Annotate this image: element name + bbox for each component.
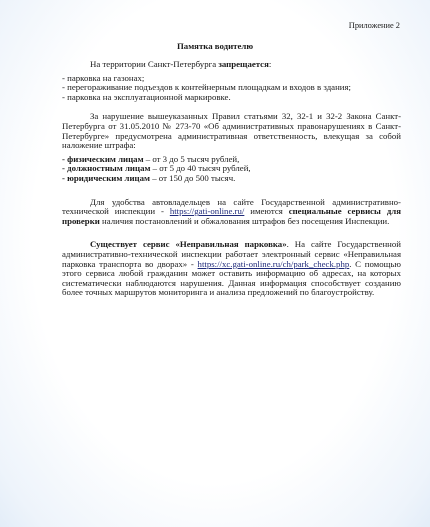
document-body: На территории Санкт-Петербурга запрещает… [62, 60, 401, 298]
list-item: - юридическим лицам – от 150 до 500 тыся… [62, 174, 401, 184]
services-text: имеются [244, 206, 288, 216]
penalty-amount: – от 5 до 40 тысяч рублей, [150, 163, 250, 173]
services-paragraph: Для удобства автовладельцев на сайте Гос… [62, 198, 401, 227]
gati-link[interactable]: https://gati-online.ru/ [170, 206, 245, 216]
wrong-parking-bold: Существует сервис «Неправильная парковка… [90, 239, 287, 249]
penalty-subject: - юридическим лицам [62, 173, 150, 183]
page-title: Памятка водителю [0, 41, 430, 51]
penalties-list: - физическим лицам – от 3 до 5 тысяч руб… [62, 155, 401, 184]
park-check-link[interactable]: https://xc.gati-online.ru/ch/park_check.… [198, 259, 350, 269]
prohibitions-list: - парковка на газонах; - перегораживание… [62, 74, 401, 103]
penalty-subject: - должностным лицам [62, 163, 150, 173]
prohibitions-intro: На территории Санкт-Петербурга запрещает… [62, 60, 401, 70]
intro-text: На территории Санкт-Петербурга [90, 59, 218, 69]
intro-bold: запрещается [218, 59, 269, 69]
appendix-label: Приложение 2 [349, 21, 400, 30]
intro-colon: : [269, 59, 271, 69]
penalty-subject: - физическим лицам [62, 154, 144, 164]
penalties-paragraph: За нарушение вышеуказанных Правил статья… [62, 112, 401, 150]
document-page: Приложение 2 Памятка водителю На террито… [0, 0, 430, 527]
penalty-amount: – от 3 до 5 тысяч рублей, [144, 154, 240, 164]
list-item: - парковка на эксплуатационной маркировк… [62, 93, 401, 103]
wrong-parking-paragraph: Существует сервис «Неправильная парковка… [62, 240, 401, 298]
penalty-amount: – от 150 до 500 тысяч. [150, 173, 235, 183]
services-text: наличия постановлений и обжалования штра… [100, 216, 390, 226]
